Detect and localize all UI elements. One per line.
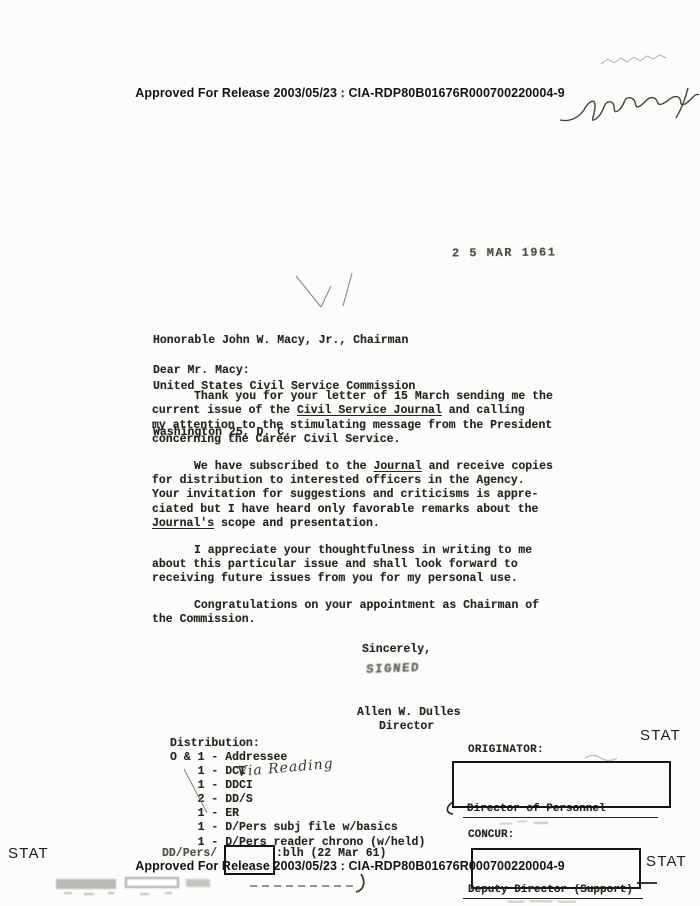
- letter-paragraph: Congratulations on your appointment as C…: [152, 599, 588, 628]
- letter-line: Congratulations on your appointment as C…: [152, 599, 588, 613]
- recipient-line: Honorable John W. Macy, Jr., Chairman: [153, 333, 415, 348]
- concur-title: Deputy Director (Support): [468, 884, 633, 896]
- letter-line: the Commission.: [152, 613, 588, 627]
- letter-line: receiving future issues from you for my …: [152, 572, 588, 586]
- letter-line: ciated but I have heard only favorable r…: [152, 503, 588, 517]
- pencil-check-mark: [296, 273, 352, 307]
- distribution-heading: Distribution:: [170, 737, 260, 750]
- stat-annotation-bottom-right: STAT: [646, 853, 687, 870]
- letter-line: Your invitation for suggestions and crit…: [152, 488, 588, 502]
- distribution-item: 1 - ER: [170, 807, 425, 821]
- scanned-letter-page: Approved For Release 2003/05/23 : CIA-RD…: [0, 0, 700, 906]
- letter-paragraph: We have subscribed to the Journal and re…: [152, 460, 588, 532]
- letter-line: about this particular issue and shall lo…: [152, 558, 588, 572]
- letter-line: We have subscribed to the Journal and re…: [152, 460, 588, 474]
- originator-label: ORIGINATOR:: [468, 744, 544, 756]
- signature-title: Director: [379, 720, 434, 733]
- pencil-scribble: [601, 55, 666, 64]
- letter-paragraph: I appreciate your thoughtfulness in writ…: [152, 544, 588, 587]
- date-received-stamp: 2 5 MAR 1961: [452, 246, 557, 261]
- distribution-item: 1 - DDCI: [170, 779, 425, 793]
- letter-line: my attention to the stimulating message …: [152, 419, 588, 433]
- header-release-line: Approved For Release 2003/05/23 : CIA-RD…: [0, 86, 700, 100]
- faint-pencil-marks: [585, 756, 617, 761]
- letter-line: concerning the Career Civil Service.: [152, 433, 588, 447]
- signature-name: Allen W. Dulles: [357, 706, 461, 719]
- letter-line: for distribution to interested officers …: [152, 474, 588, 488]
- faint-date-stamp: [508, 901, 576, 902]
- signed-stamp: SIGNED: [366, 661, 421, 677]
- smudged-stamp: [56, 878, 210, 894]
- redaction-box-originator: [452, 761, 671, 808]
- letter-line: current issue of the Civil Service Journ…: [152, 404, 588, 418]
- stat-annotation-bottom-left: STAT: [8, 845, 49, 862]
- redaction-box-small: [224, 845, 275, 875]
- letter-line: Journal's scope and presentation.: [152, 517, 588, 531]
- closing: Sincerely,: [362, 643, 431, 656]
- stat-annotation-top-right: STAT: [640, 727, 681, 744]
- letter-body: Thank you for your letter of 15 March se…: [152, 390, 588, 640]
- faint-stamp-marks: [500, 821, 548, 824]
- concur-label: CONCUR:: [468, 829, 514, 841]
- redaction-box-concur: [471, 848, 641, 889]
- salutation: Dear Mr. Macy:: [153, 364, 250, 377]
- letter-line: I appreciate your thoughtfulness in writ…: [152, 544, 588, 558]
- distribution-item: 1 - D/Pers subj file w/basics: [170, 821, 425, 835]
- distribution-item: 2 - DD/S: [170, 793, 425, 807]
- letter-paragraph: Thank you for your letter of 15 March se…: [152, 390, 588, 448]
- hook-mark: [356, 874, 364, 892]
- letter-line: Thank you for your letter of 15 March se…: [152, 390, 588, 404]
